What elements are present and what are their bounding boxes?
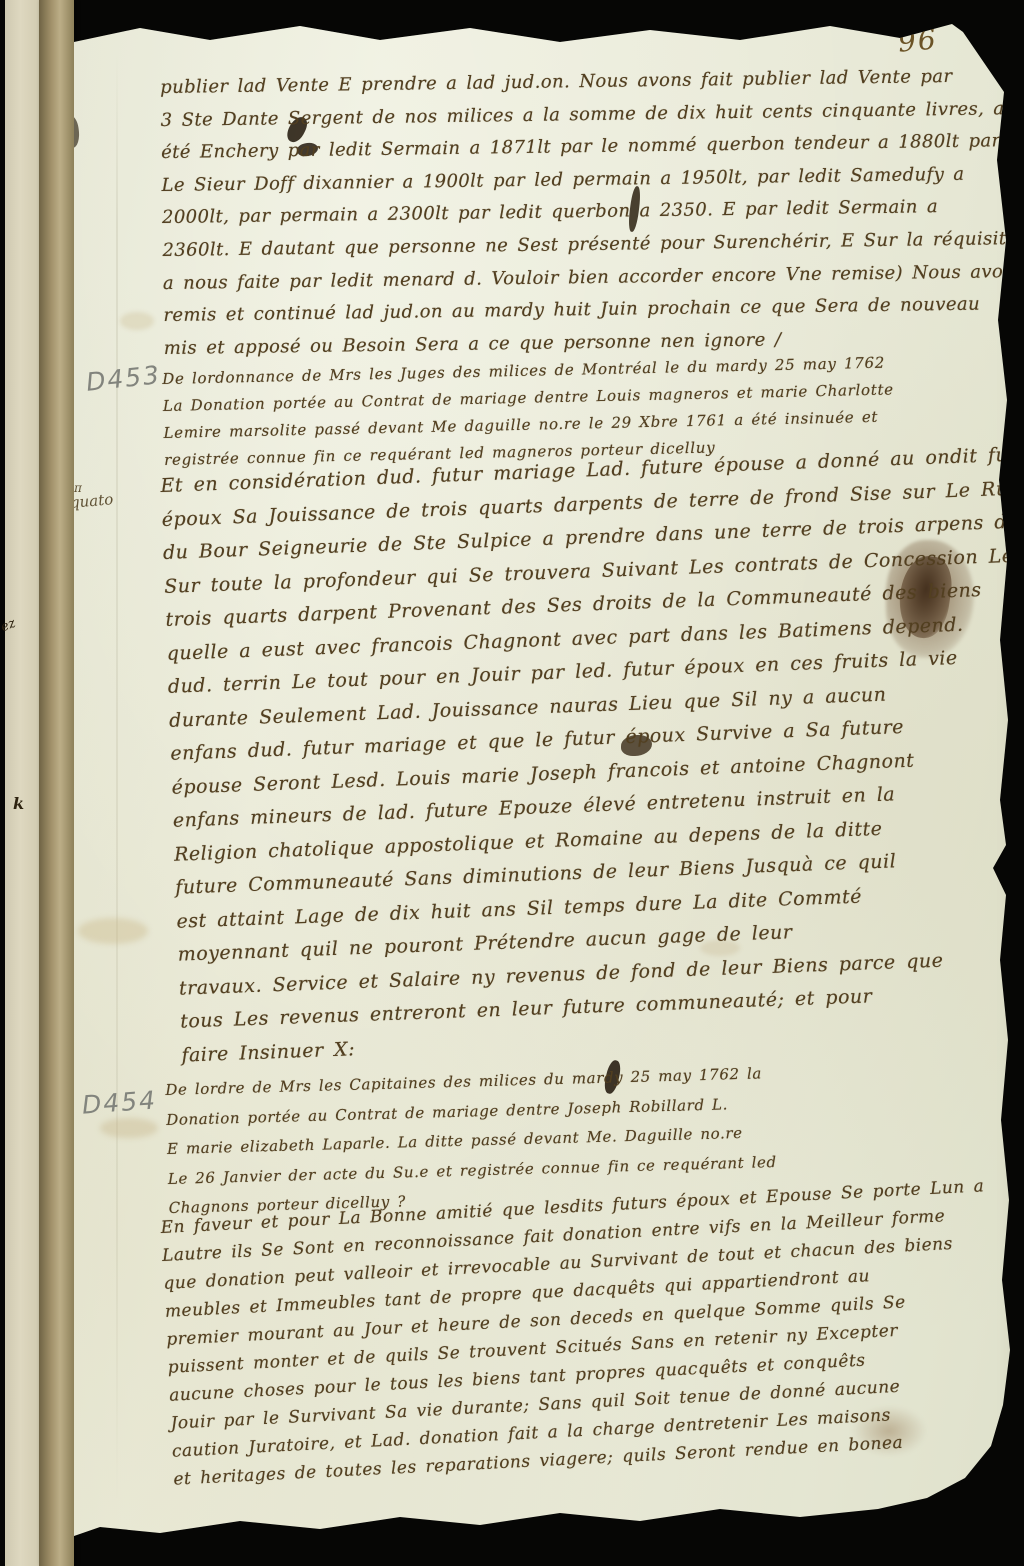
foxing-spot xyxy=(100,1118,158,1138)
margin-annotation-d454: D454 xyxy=(81,1085,158,1119)
foxing-spot xyxy=(78,918,148,944)
foxing-spot xyxy=(120,312,154,330)
folio-page-number: 96 xyxy=(897,22,939,58)
manuscript-page: 96 D453 π quato -. D454 publier lad Vent… xyxy=(0,0,1024,1566)
paragraph-d453-body: Et en considération dud. futur mariage L… xyxy=(160,432,1024,1072)
vertical-crease xyxy=(116,52,118,1507)
paragraph-d454-body: En faveur et pour La Bonne amitié que le… xyxy=(160,1172,998,1493)
bleed-through-ink-fragment: ez xyxy=(0,616,18,635)
margin-note-pi-quato: π quato xyxy=(70,482,113,508)
margin-annotation-d453: D453 xyxy=(85,360,163,397)
binding-edge xyxy=(39,0,74,1566)
paragraph-sale-publication: publier lad Vente E prendre a lad jud.on… xyxy=(160,60,1024,366)
margin-note-quato: quato xyxy=(70,493,114,510)
adjacent-page-sliver: ez k xyxy=(5,0,39,1566)
bleed-through-ink-fragment: k xyxy=(13,794,24,813)
